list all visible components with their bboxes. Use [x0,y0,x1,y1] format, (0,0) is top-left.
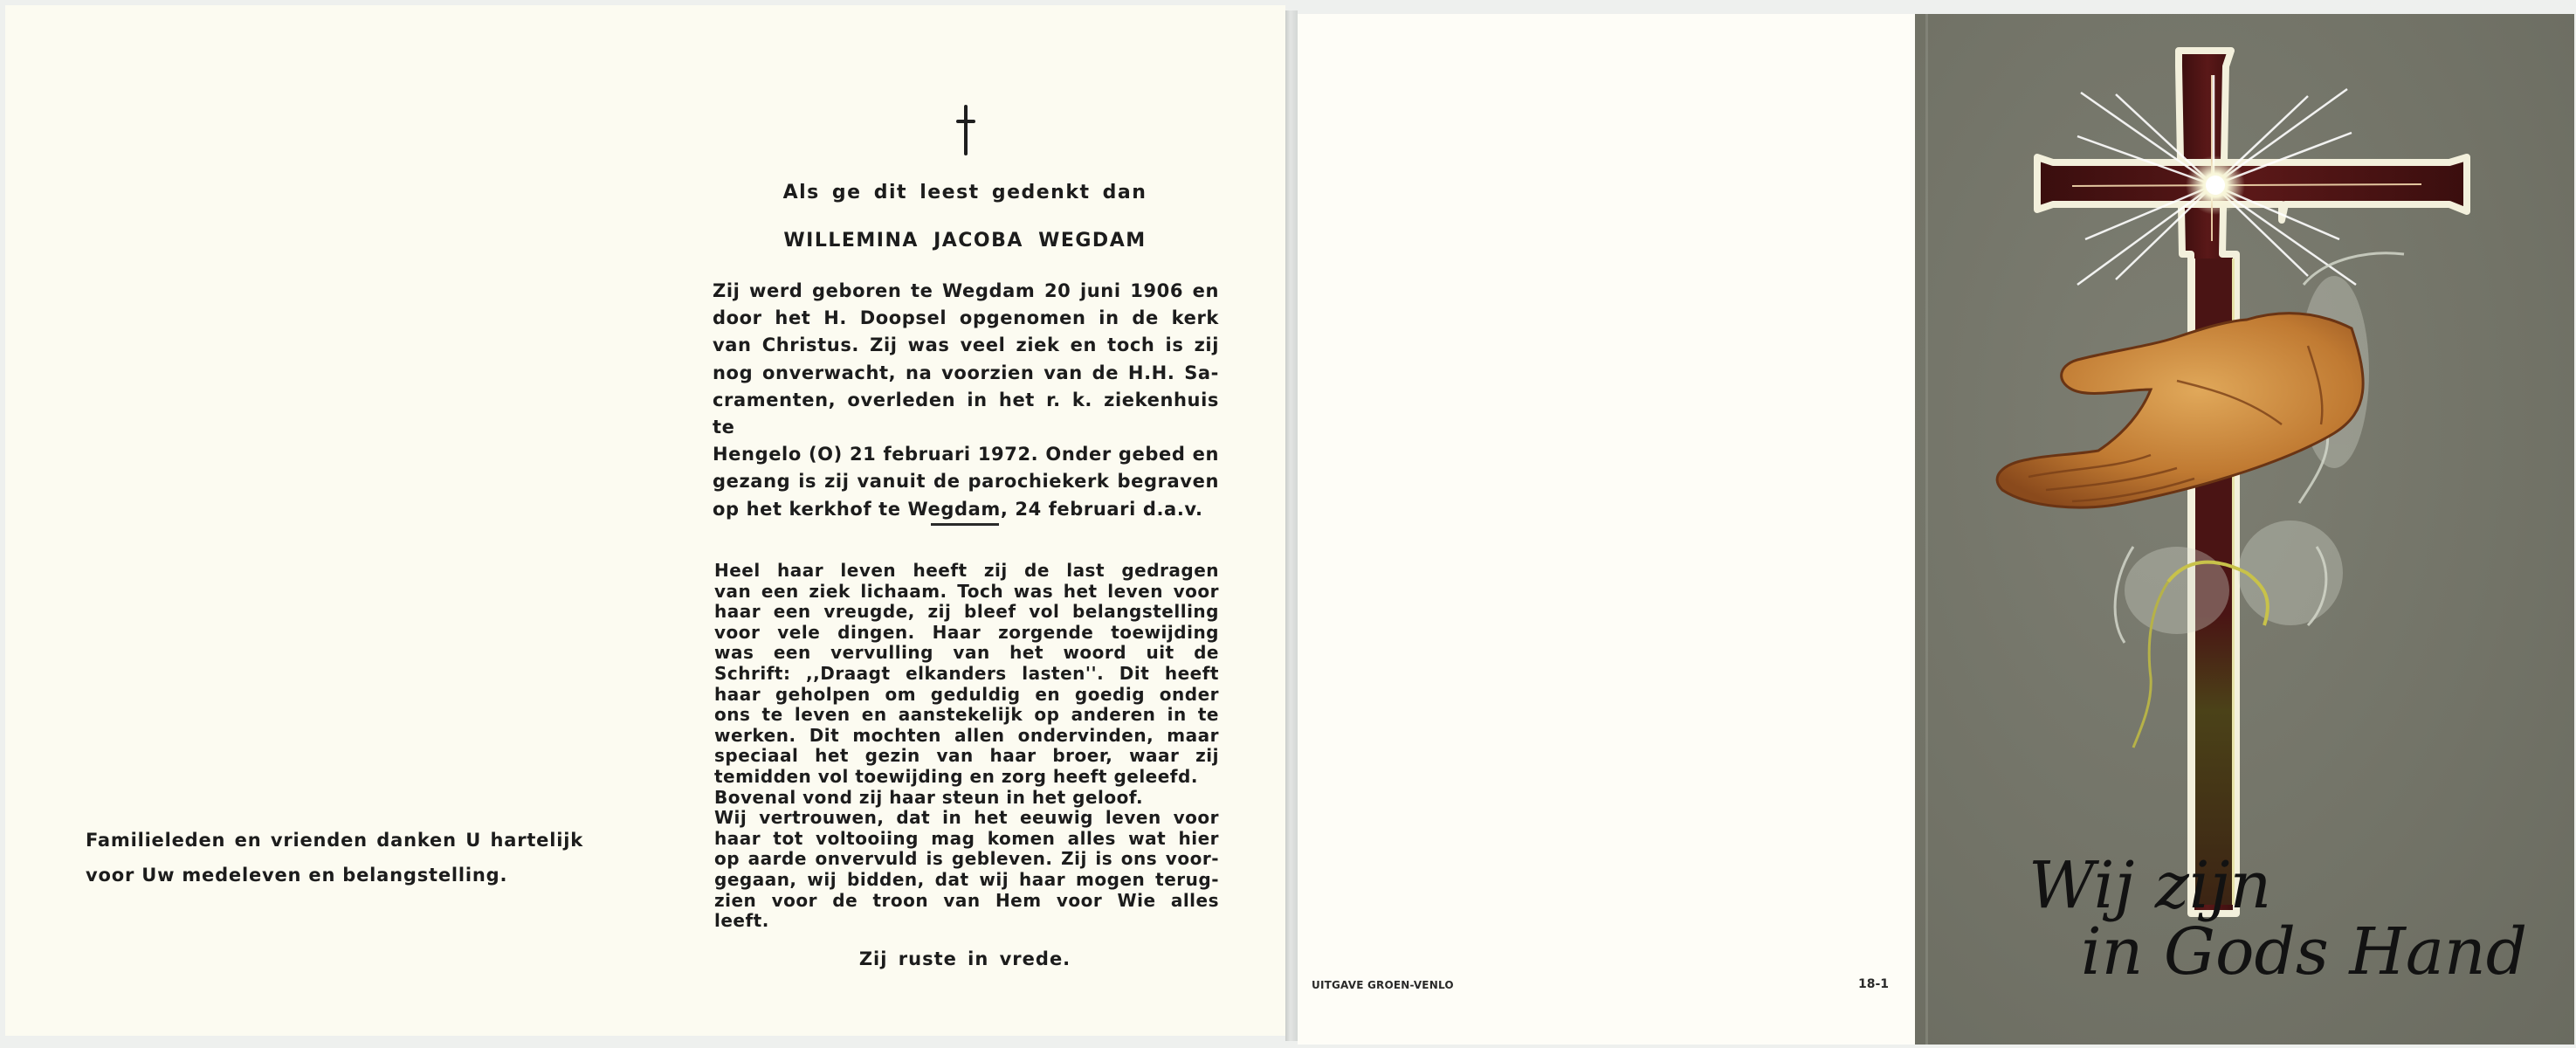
biography-paragraph: Zij werd geboren te Wegdam 20 juni 1906 … [713,278,1219,523]
latin-cross-icon [956,105,975,155]
text-line: op het kerkhof te Wegdam, 24 februari d.… [713,496,1219,523]
reflection-paragraph: Heel haar leven heeft zij de last gedrag… [714,561,1219,932]
text-line: speciaal het gezin van haar broer, waar … [714,746,1219,767]
text-line: door het H. Doopsel opgenomen in de kerk [713,305,1219,332]
text-line: werken. Dit mochten allen ondervinden, m… [714,726,1219,747]
text-line: haar tot voltooiing mag komen alles wat … [714,829,1219,850]
text-line: Heel haar leven heeft zij de last gedrag… [714,561,1219,582]
cover-panel: Wij zijn in Gods Hand [1915,14,2574,1045]
cover-title: Wij zijn in Gods Hand [2028,852,2527,985]
text-line: Zij werd geboren te Wegdam 20 juni 1906 … [713,278,1219,305]
text-line: van een ziek lichaam. Toch was het leven… [714,582,1219,603]
text-line: zien voor de troon van Hem voor Wie alle… [714,891,1219,912]
text-line: Schrift: ,,Draagt elkanders lasten''. Di… [714,664,1219,685]
text-line: op aarde onvervuld is gebleven. Zij is o… [714,849,1219,870]
text-line: haar een vreugde, zij bleef vol belangst… [714,602,1219,623]
text-line: Bovenal vond zij haar steun in het geloo… [714,788,1219,809]
thanks-line: voor Uw medeleven en belangstelling. [86,858,583,893]
text-line: haar geholpen om geduldig en goedig onde… [714,685,1219,706]
cover-title-line: Wij zijn [2028,852,2527,919]
deceased-name: WILLEMINA JACOBA WEGDAM [716,230,1214,252]
text-line: ons te leven en aanstekelijk op anderen … [714,705,1219,726]
thanks-message: Familieleden en vrienden danken U hartel… [86,823,583,893]
text-line: leeft. [714,911,1219,932]
text-line: gegaan, wij bidden, dat wij haar mogen t… [714,870,1219,891]
cover-title-line: in Gods Hand [2028,919,2527,985]
thanks-line: Familieleden en vrienden danken U hartel… [86,823,583,858]
text-line: gezang is zij vanuit de parochiekerk beg… [713,468,1219,495]
card-gap [1285,10,1298,1041]
publisher-label: UITGAVE GROEN-VENLO [1312,979,1454,991]
text-line: was een vervulling van het woord uit de [714,643,1219,664]
text-line: temidden vol toewijding en zorg heeft ge… [714,767,1219,788]
text-line: nog onverwacht, na voorzien van de H.H. … [713,360,1219,387]
card-code: 18-1 [1858,977,1889,991]
text-line: van Christus. Zij was veel ziek en toch … [713,332,1219,359]
text-line: Wij vertrouwen, dat in het eeuwig leven … [714,808,1219,829]
text-line: Hengelo (O) 21 februari 1972. Onder gebe… [713,441,1219,468]
text-line: cramenten, overleden in het r. k. zieken… [713,387,1219,441]
intro-text: Als ge dit leest gedenkt dan [716,182,1214,203]
divider [931,523,999,526]
closing-text: Zij ruste in vrede. [716,948,1214,969]
text-line: voor vele dingen. Haar zorgende toewijdi… [714,623,1219,644]
